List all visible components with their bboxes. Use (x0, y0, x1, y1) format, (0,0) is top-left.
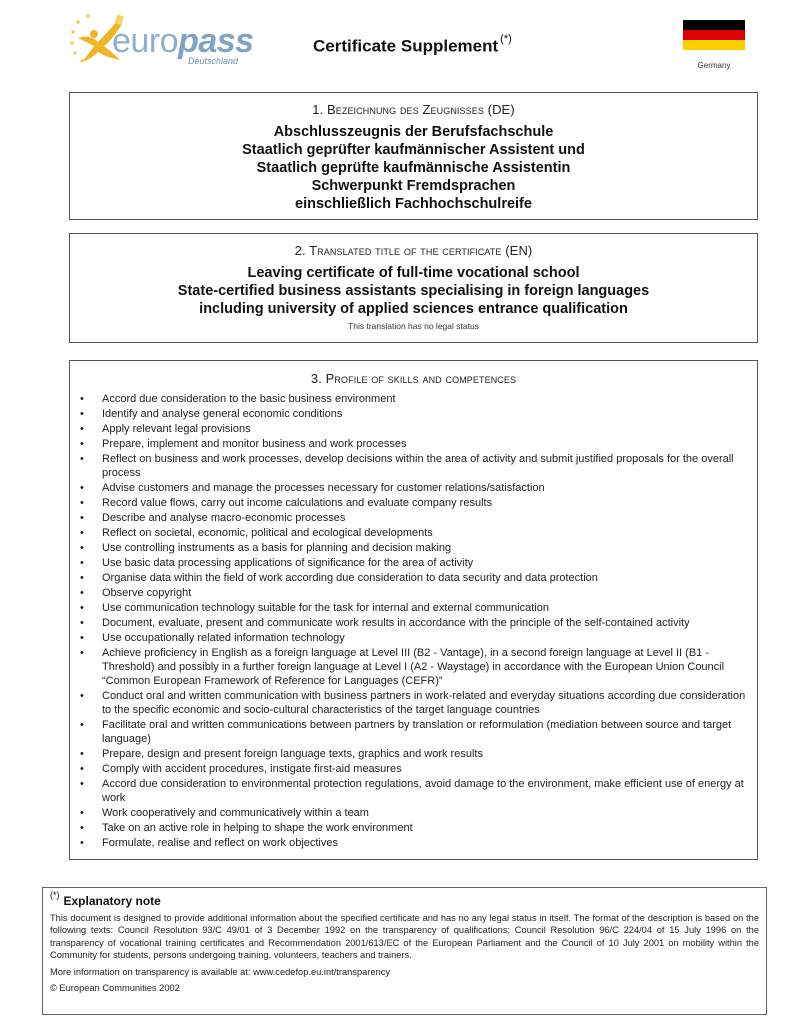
explanatory-note: (*)Explanatory note This document is des… (42, 887, 767, 1015)
skill-item: Reflect on societal, economic, political… (102, 526, 747, 540)
skill-item: Achieve proficiency in English as a fore… (102, 646, 747, 688)
skill-item: Take on an active role in helping to sha… (102, 821, 747, 835)
skill-item: Document, evaluate, present and communic… (102, 616, 747, 630)
skill-item: Identify and analyse general economic co… (102, 407, 747, 421)
skill-item: Conduct oral and written communication w… (102, 689, 747, 717)
skills-list: Accord due consideration to the basic bu… (70, 392, 757, 850)
note-footnote-marker: (*) (50, 890, 60, 900)
section-heading: 1. Bezeichnung des Zeugnisses (DE) (70, 102, 757, 117)
skill-item: Accord due consideration to environmenta… (102, 777, 747, 805)
germany-flag-icon (683, 20, 745, 50)
skill-item: Accord due consideration to the basic bu… (102, 392, 747, 406)
logo-wordmark: europass (112, 24, 254, 58)
skill-item: Apply relevant legal provisions (102, 422, 747, 436)
section-heading: 2. Translated title of the certificate (… (70, 243, 757, 258)
skill-item: Advise customers and manage the processe… (102, 481, 747, 495)
section-skills-profile: 3. Profile of skills and competences Acc… (69, 360, 758, 860)
skill-item: Record value flows, carry out income cal… (102, 496, 747, 510)
skill-item: Formulate, realise and reflect on work o… (102, 836, 747, 850)
skill-item: Use basic data processing applications o… (102, 556, 747, 570)
skill-item: Prepare, design and present foreign lang… (102, 747, 747, 761)
skill-item: Observe copyright (102, 586, 747, 600)
page-title: Certificate Supplement(*) (313, 36, 512, 57)
note-heading: (*)Explanatory note (50, 892, 759, 908)
skill-item: Use occupationally related information t… (102, 631, 747, 645)
copyright-notice: © European Communities 2002 (50, 983, 759, 993)
note-body: This document is designed to provide add… (50, 912, 759, 961)
skill-item: Prepare, implement and monitor business … (102, 437, 747, 451)
translation-legal-note: This translation has no legal status (70, 321, 757, 331)
section-heading: 3. Profile of skills and competences (70, 371, 757, 386)
skill-item: Use controlling instruments as a basis f… (102, 541, 747, 555)
title-footnote-marker: (*) (500, 33, 512, 45)
skill-item: Use communication technology suitable fo… (102, 601, 747, 615)
logo-subtitle: Deutschland (188, 56, 238, 66)
skill-item: Facilitate oral and written communicatio… (102, 718, 747, 746)
note-more-info: More information on transparency is avai… (50, 967, 759, 977)
certificate-title-en: Leaving certificate of full-time vocatio… (70, 264, 757, 318)
europass-logo: europass Deutschland (68, 10, 258, 70)
skill-item: Organise data within the field of work a… (102, 571, 747, 585)
section-certificate-title-en: 2. Translated title of the certificate (… (69, 233, 758, 343)
page-header: europass Deutschland Certificate Supplem… (0, 0, 790, 80)
skill-item: Comply with accident procedures, instiga… (102, 762, 747, 776)
skill-item: Describe and analyse macro-economic proc… (102, 511, 747, 525)
skill-item: Work cooperatively and communicatively w… (102, 806, 747, 820)
skill-item: Reflect on business and work processes, … (102, 452, 747, 480)
certificate-title-de: Abschlusszeugnis der Berufsfachschule St… (70, 123, 757, 213)
country-label: Germany (683, 61, 745, 70)
section-certificate-title-de: 1. Bezeichnung des Zeugnisses (DE) Absch… (69, 92, 758, 220)
